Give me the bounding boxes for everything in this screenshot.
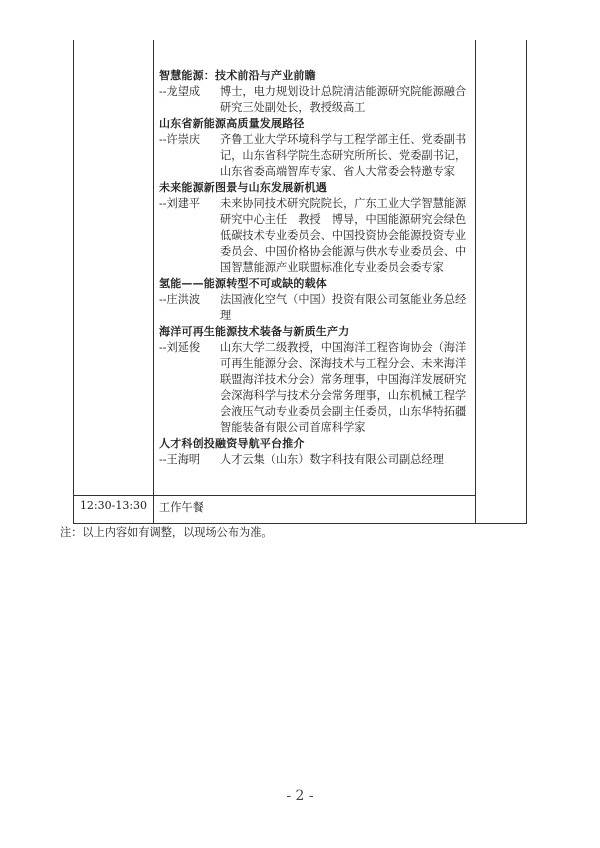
speaker-row: --刘建平 未来协同技术研究院院长，广东工业大学智慧能源研究中心主任 教授 博导… <box>159 196 469 276</box>
session-title: 人才科创投融资导航平台推介 <box>159 436 469 452</box>
session-title: 氢能——能源转型不可或缺的载体 <box>159 276 469 292</box>
speaker-description: 山东大学二级教授，中国海洋工程咨询协会（海洋可再生能源分会、深海技术与工程分会、… <box>220 340 469 436</box>
speaker-row: --庄洪波 法国液化空气（中国）投资有限公司氢能业务总经理 <box>159 292 469 324</box>
table-row-divider <box>73 495 476 496</box>
session: 智慧能源：技术前沿与产业前瞻 --龙望成 博士，电力规划设计总院清洁能源研究院能… <box>159 68 469 116</box>
table-divider-time <box>153 40 154 524</box>
agenda-sessions: 智慧能源：技术前沿与产业前瞻 --龙望成 博士，电力规划设计总院清洁能源研究院能… <box>159 68 469 468</box>
speaker-row: --龙望成 博士，电力规划设计总院清洁能源研究院能源融合研究三处副处长，教授级高… <box>159 84 469 116</box>
session: 海洋可再生能源技术装备与新质生产力 --刘延俊 山东大学二级教授，中国海洋工程咨… <box>159 324 469 436</box>
session-title: 海洋可再生能源技术装备与新质生产力 <box>159 324 469 340</box>
session: 未来能源新图景与山东发展新机遇 --刘建平 未来协同技术研究院院长，广东工业大学… <box>159 180 469 276</box>
speaker-name: --龙望成 <box>159 84 220 116</box>
speaker-description: 人才云集（山东）数字科技有限公司副总经理 <box>220 452 469 468</box>
footnote: 注：以上内容如有调整，以现场公布为准。 <box>60 524 273 540</box>
table-divider-right <box>475 40 476 524</box>
speaker-name: --王海明 <box>159 452 220 468</box>
speaker-description: 未来协同技术研究院院长，广东工业大学智慧能源研究中心主任 教授 博导，中国能源研… <box>220 196 469 276</box>
speaker-name: --庄洪波 <box>159 292 220 324</box>
session: 人才科创投融资导航平台推介 --王海明 人才云集（山东）数字科技有限公司副总经理 <box>159 436 469 468</box>
speaker-row: --王海明 人才云集（山东）数字科技有限公司副总经理 <box>159 452 469 468</box>
session-title: 未来能源新图景与山东发展新机遇 <box>159 180 469 196</box>
session-title: 智慧能源：技术前沿与产业前瞻 <box>159 68 469 84</box>
session-title: 山东省新能源高质量发展路径 <box>159 116 469 132</box>
session: 山东省新能源高质量发展路径 --许崇庆 齐鲁工业大学环境科学与工程学部主任、党委… <box>159 116 469 180</box>
speaker-row: --刘延俊 山东大学二级教授，中国海洋工程咨询协会（海洋可再生能源分会、深海技术… <box>159 340 469 436</box>
lunch-item: 工作午餐 <box>159 499 204 515</box>
session: 氢能——能源转型不可或缺的载体 --庄洪波 法国液化空气（中国）投资有限公司氢能… <box>159 276 469 324</box>
speaker-name: --刘延俊 <box>159 340 220 436</box>
table-border-right <box>526 40 527 524</box>
page-number: - 2 - <box>0 788 600 804</box>
speaker-row: --许崇庆 齐鲁工业大学环境科学与工程学部主任、党委副书记，山东省科学院生态研究… <box>159 132 469 180</box>
lunch-time: 12:30-13:30 <box>74 499 153 512</box>
speaker-name: --许崇庆 <box>159 132 220 180</box>
table-border-left <box>73 40 74 524</box>
speaker-description: 博士，电力规划设计总院清洁能源研究院能源融合研究三处副处长，教授级高工 <box>220 84 469 116</box>
speaker-name: --刘建平 <box>159 196 220 276</box>
speaker-description: 齐鲁工业大学环境科学与工程学部主任、党委副书记，山东省科学院生态研究所所长、党委… <box>220 132 469 180</box>
speaker-description: 法国液化空气（中国）投资有限公司氢能业务总经理 <box>220 292 469 324</box>
